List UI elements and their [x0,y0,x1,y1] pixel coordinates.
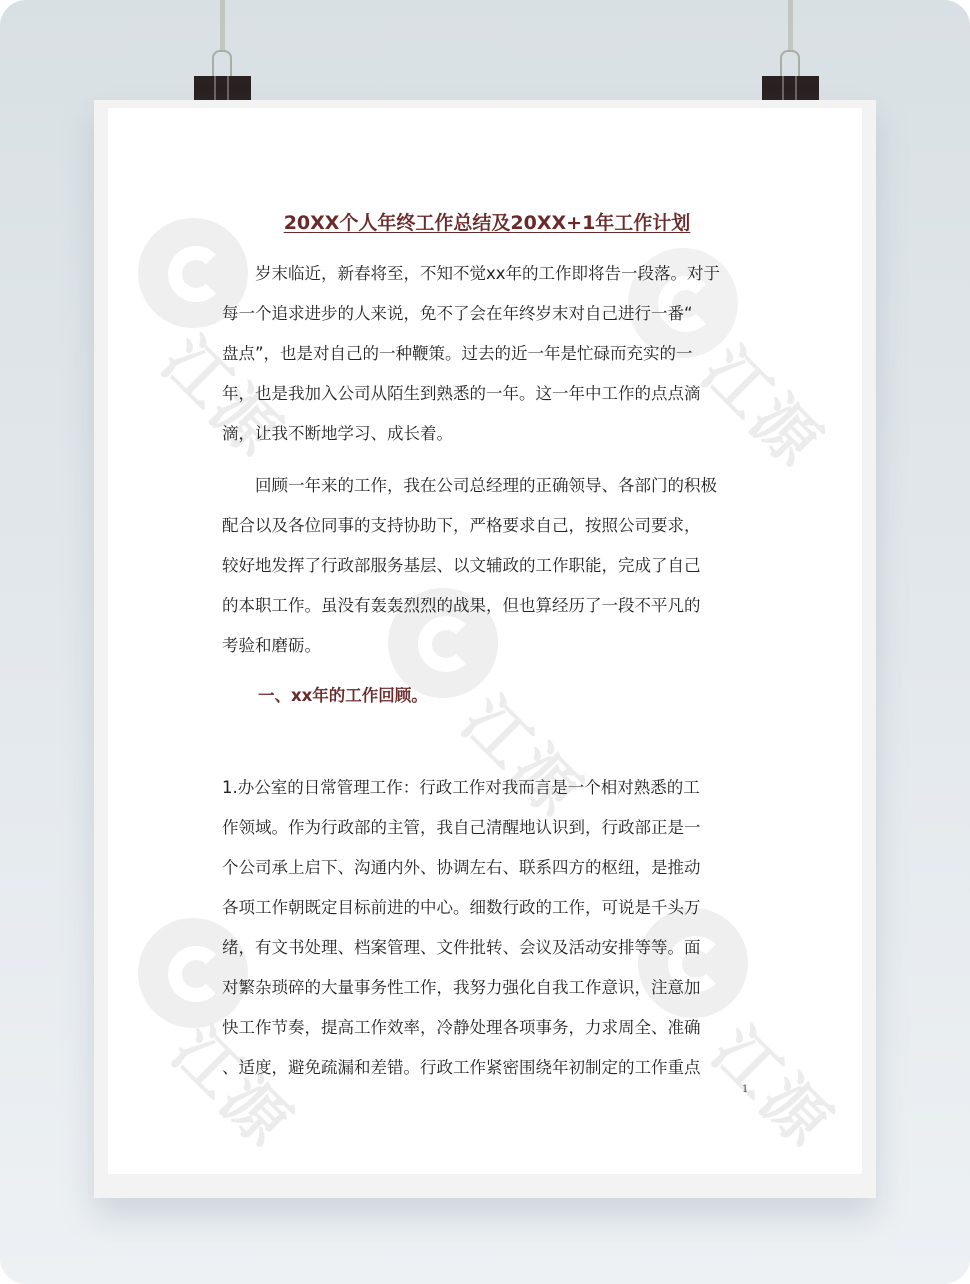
document-title: 20XX个人年终工作总结及20XX+1年工作计划 [222,208,752,235]
hanging-string-left [220,0,225,52]
document-page: 江源 江源 江源 江源 江源 20XX个人年终工作总结及20XX+1年工作计划 … [108,108,862,1174]
section-heading: 一、xx年的工作回顾。 [258,682,428,706]
hanging-string-right [788,0,793,52]
page-number: 1 [742,1084,748,1095]
paragraph-office-management: 1.办公室的日常管理工作：行政工作对我而言是一个相对熟悉的工 作领域。作为行政部… [222,768,752,1088]
paragraph-review: 回顾一年来的工作，我在公司总经理的正确领导、各部门的积极 配合以及各位同事的支持… [222,466,752,666]
mockup-background: 江源 江源 江源 江源 江源 20XX个人年终工作总结及20XX+1年工作计划 … [0,0,970,1284]
paragraph-intro: 岁末临近，新春将至，不知不觉xx年的工作即将告一段落。对于 每一个追求进步的人来… [222,254,752,454]
